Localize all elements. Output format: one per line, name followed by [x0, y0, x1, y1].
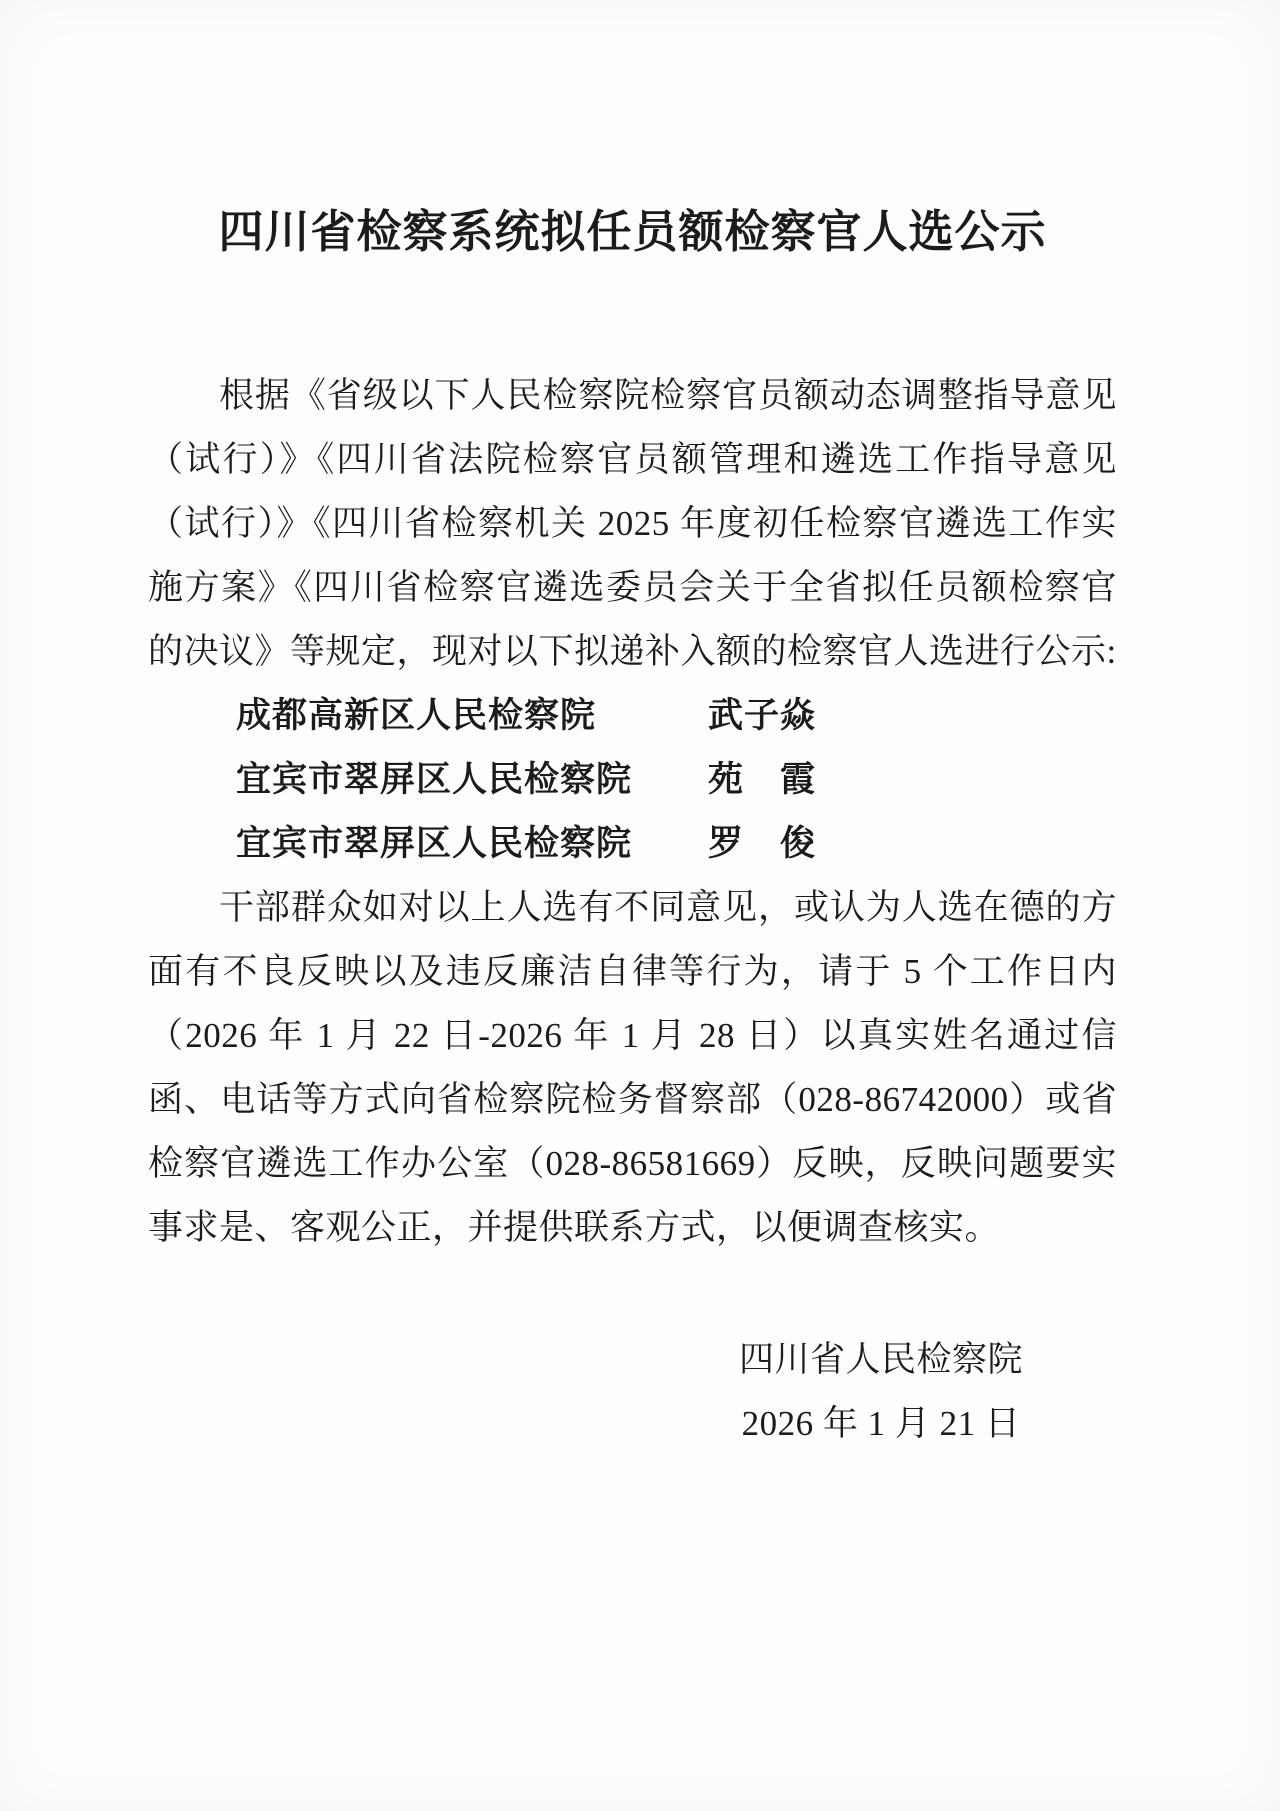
- candidate-institution: 宜宾市翠屏区人民检察院: [236, 812, 708, 876]
- candidate-list: 成都高新区人民检察院 武子焱 宜宾市翠屏区人民检察院 苑 霞 宜宾市翠屏区人民检…: [148, 684, 1117, 876]
- notice-document-page: 四川省检察系统拟任员额检察官人选公示 根据《省级以下人民检察院检察官员额动态调整…: [0, 0, 1280, 1811]
- feedback-paragraph: 干部群众如对以上人选有不同意见，或认为人选在德的方面有不良反映以及违反廉洁自律等…: [148, 876, 1117, 1260]
- document-title: 四川省检察系统拟任员额检察官人选公示: [148, 0, 1117, 261]
- candidate-name: 苑 霞: [708, 748, 816, 812]
- closing-block: 四川省人民检察院 2026 年 1 月 21 日: [701, 1328, 1061, 1456]
- candidate-name: 罗 俊: [708, 812, 816, 876]
- candidate-institution: 宜宾市翠屏区人民检察院: [236, 748, 708, 812]
- document-content: 四川省检察系统拟任员额检察官人选公示 根据《省级以下人民检察院检察官员额动态调整…: [0, 0, 1280, 1456]
- candidate-institution: 成都高新区人民检察院: [236, 684, 708, 748]
- intro-paragraph: 根据《省级以下人民检察院检察官员额动态调整指导意见（试行）》《四川省法院检察官员…: [148, 364, 1117, 684]
- candidate-name: 武子焱: [708, 684, 816, 748]
- issue-date: 2026 年 1 月 21 日: [701, 1392, 1061, 1456]
- issuer-signature: 四川省人民检察院: [701, 1328, 1061, 1392]
- candidate-row: 成都高新区人民检察院 武子焱: [148, 684, 1117, 748]
- candidate-row: 宜宾市翠屏区人民检察院 罗 俊: [148, 812, 1117, 876]
- candidate-row: 宜宾市翠屏区人民检察院 苑 霞: [148, 748, 1117, 812]
